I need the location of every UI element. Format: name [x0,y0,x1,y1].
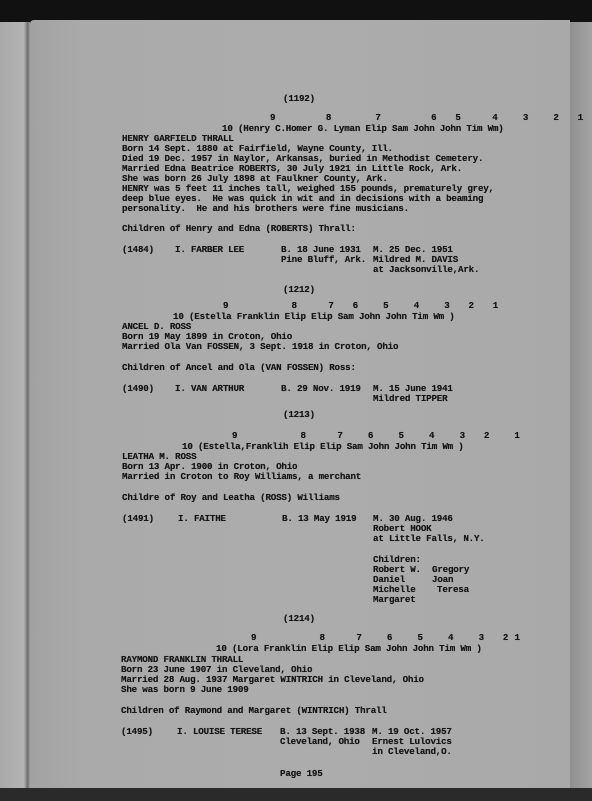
lineage-line: 10 (Lora Franklin Elip Elip Sam John Joh… [216,644,482,655]
scan-border-bottom [0,788,592,801]
detail-line: Married Ola Van FOSSEN, 3 Sept. 1918 in … [122,342,398,353]
generation-numbers: 9 8 7 6 5 4 3 2 1 [270,113,583,124]
detail-line: She was born 9 June 1909 [121,685,249,696]
child-marriage: in Cleveland,O. [372,747,452,758]
generation-numbers: 9 8 7 6 5 4 3 2 1 [232,431,520,442]
page-fold-left [0,22,30,788]
detail-line: personality. He and his brothers were fi… [122,204,409,215]
lineage-line: 10 (Estella Franklin Elip Elip Sam John … [173,312,455,323]
children-heading: Children of Raymond and Margaret (WINTRI… [121,706,387,717]
detail-line: Married in Croton to Roy Williams, a mer… [122,472,361,483]
child-name: I. VAN ARTHUR [175,384,244,395]
child-marriage: at Little Falls, N.Y. [373,534,485,545]
page-edge-right [570,22,592,788]
child-birth: Cleveland, Ohio [280,737,360,748]
children-heading: Childre of Roy and Leatha (ROSS) William… [122,493,340,504]
child-birth: Pine Bluff, Ark. [281,255,366,266]
child-birth: B. 13 May 1919 [282,514,356,525]
child-number: (1490) [122,384,154,395]
grandchild-name: Teresa [437,585,469,596]
lineage-line: 10 (Estella,Franklih Elip Elip Sam John … [182,442,464,453]
child-name: I. FARBER LEE [175,245,244,256]
section-id: (1213) [283,410,315,421]
page-number: Page 195 [280,769,323,780]
child-marriage: Mildred TIPPER [373,394,447,405]
section-id: (1212) [283,285,315,296]
scan-border-top [0,0,592,22]
child-birth: B. 29 Nov. 1919 [281,384,361,395]
children-heading: Children of Ancel and Ola (VAN FOSSEN) R… [122,363,356,374]
lineage-line: 10 (Henry C.Homer G. Lyman Elip Sam John… [222,124,504,135]
child-marriage: at Jacksonville,Ark. [373,265,479,276]
section-id: (1214) [283,614,315,625]
child-number: (1491) [122,514,154,525]
child-name: I. LOUISE TERESE [177,727,262,738]
child-number: (1484) [122,245,154,256]
generation-numbers: 9 8 7 6 5 4 3 2 1 [251,633,520,644]
child-number: (1495) [121,727,153,738]
grandchild-name: Margaret [373,595,416,606]
generation-numbers: 9 8 7 6 5 4 3 2 1 [223,301,498,312]
children-heading: Children of Henry and Edna (ROBERTS) Thr… [122,224,356,235]
child-name: I. FAITHE [178,514,226,525]
section-id: (1192) [283,94,315,105]
